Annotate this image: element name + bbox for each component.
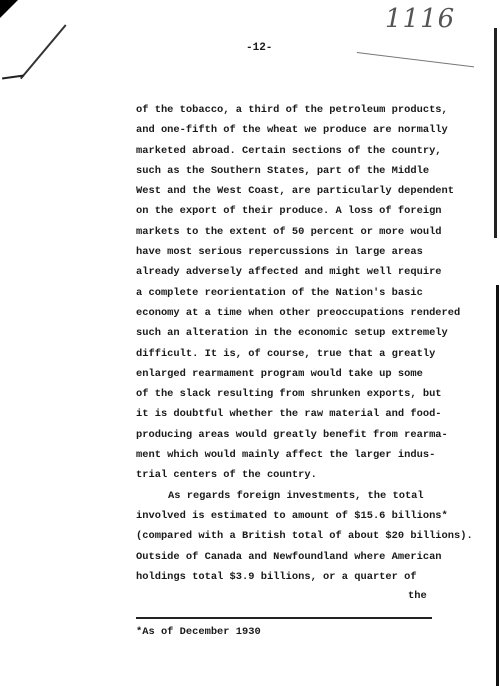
page-edge-border-bottom (496, 285, 499, 686)
page-edge-border-top (494, 28, 497, 238)
text-line: such as the Southern States, part of the… (136, 161, 456, 181)
text-line: difficult. It is, of course, true that a… (136, 344, 456, 364)
text-line: As regards foreign investments, the tota… (136, 486, 456, 506)
body-text: of the tobacco, a third of the petroleum… (136, 100, 456, 587)
text-line: ment which would mainly affect the large… (136, 445, 456, 465)
text-line: a complete reorientation of the Nation's… (136, 283, 456, 303)
footnote: *As of December 1930 (136, 626, 261, 638)
footnote-rule (136, 617, 432, 619)
text-line: of the tobacco, a third of the petroleum… (136, 100, 456, 120)
page-number: -12- (246, 42, 272, 54)
text-line: marketed abroad. Certain sections of the… (136, 141, 456, 161)
text-line: it is doubtful whether the raw material … (136, 404, 456, 424)
text-line: trial centers of the country. (136, 465, 456, 485)
text-line: (compared with a British total of about … (136, 526, 456, 546)
text-line: of the slack resulting from shrunken exp… (136, 384, 456, 404)
handwritten-underline (357, 52, 474, 67)
text-line: such an alteration in the economic setup… (136, 323, 456, 343)
text-line: holdings total $3.9 billions, or a quart… (136, 567, 456, 587)
text-line: have most serious repercussions in large… (136, 242, 456, 262)
text-line: on the export of their produce. A loss o… (136, 201, 456, 221)
text-line: involved is estimated to amount of $15.6… (136, 506, 456, 526)
text-line: Outside of Canada and Newfoundland where… (136, 547, 456, 567)
text-line: enlarged rearmament program would take u… (136, 364, 456, 384)
margin-diagonal-mark (20, 24, 66, 79)
corner-mark (0, 0, 18, 18)
text-line: producing areas would greatly benefit fr… (136, 425, 456, 445)
catch-word: the (408, 590, 427, 602)
text-line: markets to the extent of 50 percent or m… (136, 222, 456, 242)
handwritten-annotation: 1116 (385, 4, 455, 34)
text-line: already adversely affected and might wel… (136, 262, 456, 282)
text-line: economy at a time when other preoccupati… (136, 303, 456, 323)
text-line: and one-fifth of the wheat we produce ar… (136, 120, 456, 140)
text-line: West and the West Coast, are particularl… (136, 181, 456, 201)
